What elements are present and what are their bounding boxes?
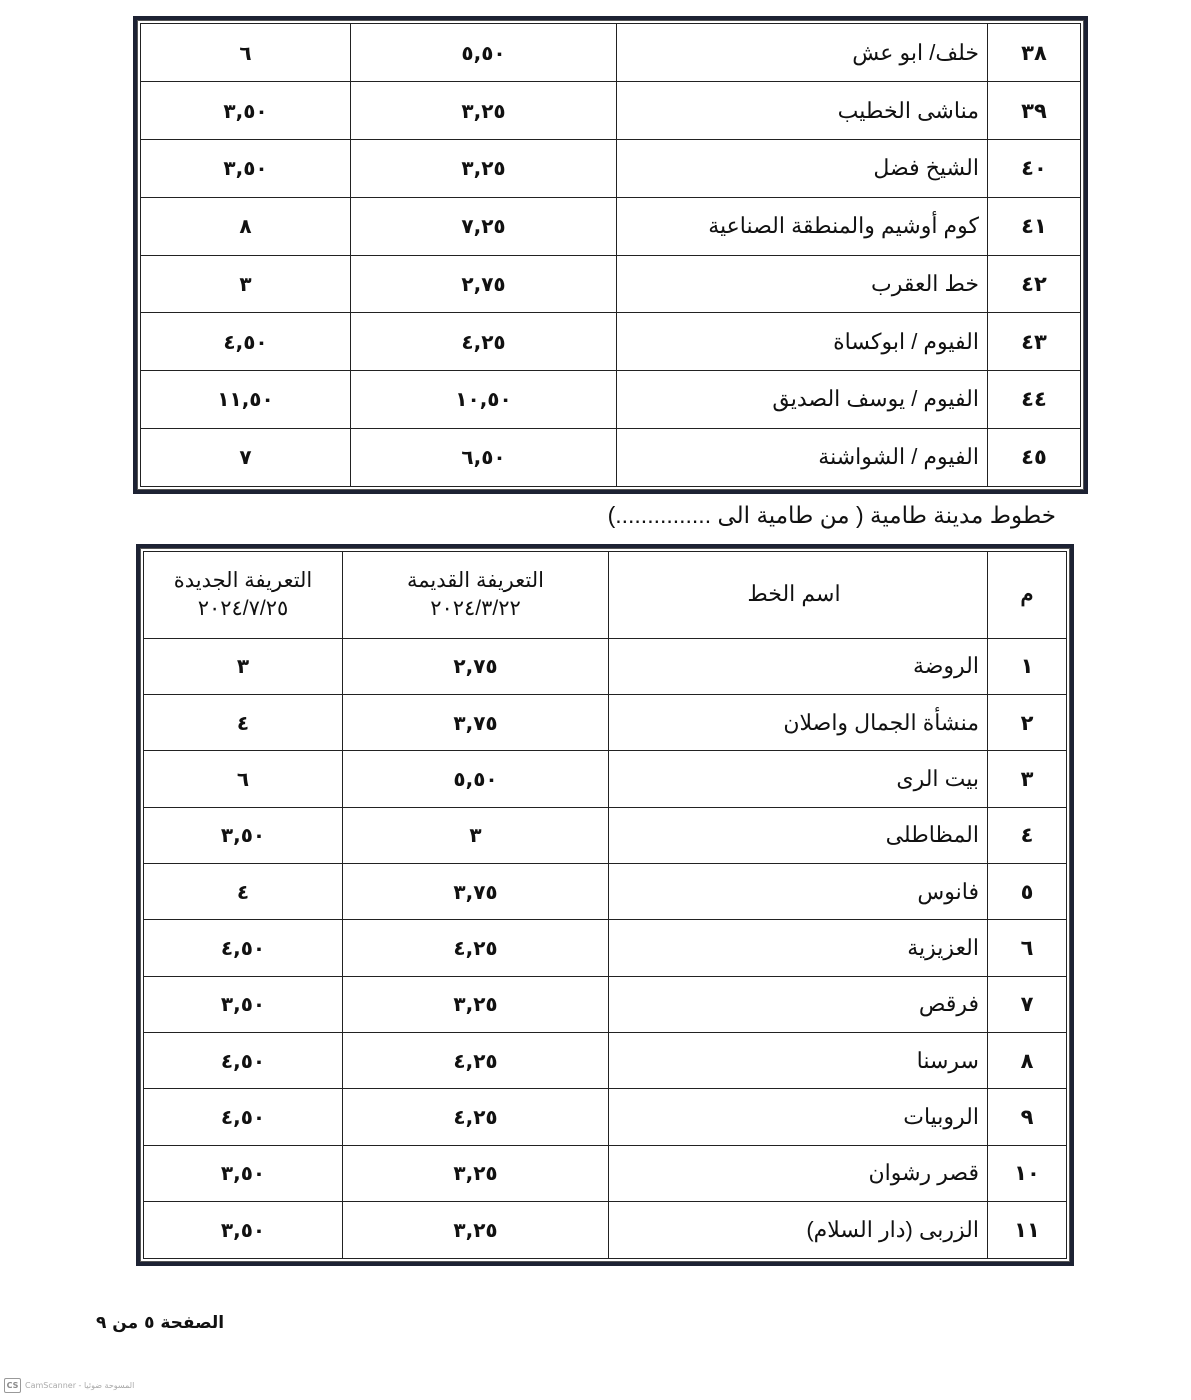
header-old-fare: التعريفة القديمة ٢٠٢٤/٣/٢٢ xyxy=(343,552,609,638)
old-fare: ٧,٢٥ xyxy=(351,197,617,255)
line-name: الشيخ فضل xyxy=(617,140,988,198)
tamia-fares-table: م اسم الخط التعريفة القديمة ٢٠٢٤/٣/٢٢ ال… xyxy=(136,544,1074,1266)
row-number: ٧ xyxy=(988,976,1067,1032)
header-new-fare-date: ٢٠٢٤/٧/٢٥ xyxy=(144,595,342,622)
row-number: ١٠ xyxy=(988,1145,1067,1201)
line-name: الروضة xyxy=(609,638,988,694)
table-row: ٤٢خط العقرب٢,٧٥٣ xyxy=(141,255,1080,313)
old-fare: ٣,٢٥ xyxy=(343,1145,609,1201)
row-number: ٣٨ xyxy=(988,24,1081,82)
line-name: قصر رشوان xyxy=(609,1145,988,1201)
line-name: الروبيات xyxy=(609,1089,988,1145)
old-fare: ٣,٧٥ xyxy=(343,863,609,919)
new-fare: ٤ xyxy=(144,694,343,750)
row-number: ٤٥ xyxy=(988,428,1081,486)
old-fare: ٢,٧٥ xyxy=(351,255,617,313)
old-fare: ٢,٧٥ xyxy=(343,638,609,694)
old-fare: ٤,٢٥ xyxy=(351,313,617,371)
table-row: ٣بيت الرى٥,٥٠٦ xyxy=(144,751,1066,807)
line-name: الفيوم / يوسف الصديق xyxy=(617,371,988,429)
new-fare: ٤,٥٠ xyxy=(144,920,343,976)
line-name: منشأة الجمال واصلان xyxy=(609,694,988,750)
table-row: ٣٨خلف/ ابو عش٥,٥٠٦ xyxy=(141,24,1080,82)
header-name-label: اسم الخط xyxy=(747,581,840,606)
old-fare: ٤,٢٥ xyxy=(343,1089,609,1145)
new-fare: ٣,٥٠ xyxy=(144,807,343,863)
new-fare: ٣,٥٠ xyxy=(141,82,351,140)
line-name: فانوس xyxy=(609,863,988,919)
row-number: ٢ xyxy=(988,694,1067,750)
table-row: ١١الزربى (دار السلام)٣,٢٥٣,٥٠ xyxy=(144,1202,1066,1258)
line-name: مناشى الخطيب xyxy=(617,82,988,140)
row-number: ٤٣ xyxy=(988,313,1081,371)
new-fare: ٦ xyxy=(144,751,343,807)
table-row: ٤٠الشيخ فضل٣,٢٥٣,٥٠ xyxy=(141,140,1080,198)
old-fare: ٣,٢٥ xyxy=(351,140,617,198)
scanner-watermark: CS CamScanner - المسوحة ضوئيا xyxy=(4,1378,134,1393)
old-fare: ٦,٥٠ xyxy=(351,428,617,486)
old-fare: ٥,٥٠ xyxy=(351,24,617,82)
old-fare: ٤,٢٥ xyxy=(343,1033,609,1089)
table-row: ١٠قصر رشوان٣,٢٥٣,٥٠ xyxy=(144,1145,1066,1201)
table-row: ١الروضة٢,٧٥٣ xyxy=(144,638,1066,694)
old-fare: ٣,٧٥ xyxy=(343,694,609,750)
new-fare: ٣,٥٠ xyxy=(144,1145,343,1201)
old-fare: ٤,٢٥ xyxy=(343,920,609,976)
table-row: ٨سرسنا٤,٢٥٤,٥٠ xyxy=(144,1033,1066,1089)
row-number: ٤١ xyxy=(988,197,1081,255)
header-old-fare-label: التعريفة القديمة xyxy=(343,567,608,594)
new-fare: ١١,٥٠ xyxy=(141,371,351,429)
old-fare: ٣,٢٥ xyxy=(343,1202,609,1258)
row-number: ١ xyxy=(988,638,1067,694)
row-number: ٤٤ xyxy=(988,371,1081,429)
row-number: ٦ xyxy=(988,920,1067,976)
new-fare: ٤,٥٠ xyxy=(144,1033,343,1089)
table-row: ٣٩مناشى الخطيب٣,٢٥٣,٥٠ xyxy=(141,82,1080,140)
table-row: ٤المظاطلى٣٣,٥٠ xyxy=(144,807,1066,863)
line-name: كوم أوشيم والمنطقة الصناعية xyxy=(617,197,988,255)
row-number: ٨ xyxy=(988,1033,1067,1089)
row-number: ٤٢ xyxy=(988,255,1081,313)
row-number: ١١ xyxy=(988,1202,1067,1258)
old-fare: ٣ xyxy=(343,807,609,863)
line-name: الفيوم / ابوكساة xyxy=(617,313,988,371)
old-fare: ٣,٢٥ xyxy=(343,976,609,1032)
line-name: بيت الرى xyxy=(609,751,988,807)
table-row: ٤٤الفيوم / يوسف الصديق١٠,٥٠١١,٥٠ xyxy=(141,371,1080,429)
new-fare: ٣,٥٠ xyxy=(144,1202,343,1258)
watermark-text: CamScanner - المسوحة ضوئيا xyxy=(25,1381,134,1390)
table-row: ٤٣الفيوم / ابوكساة٤,٢٥٤,٥٠ xyxy=(141,313,1080,371)
old-fare: ١٠,٥٠ xyxy=(351,371,617,429)
new-fare: ٤ xyxy=(144,863,343,919)
row-number: ٥ xyxy=(988,863,1067,919)
old-fare: ٥,٥٠ xyxy=(343,751,609,807)
line-name: خلف/ ابو عش xyxy=(617,24,988,82)
camscanner-logo-icon: CS xyxy=(4,1378,21,1393)
line-name: الزربى (دار السلام) xyxy=(609,1202,988,1258)
header-num: م xyxy=(988,552,1067,638)
row-number: ٤ xyxy=(988,807,1067,863)
table-row: ٦العزيزية٤,٢٥٤,٥٠ xyxy=(144,920,1066,976)
new-fare: ٣ xyxy=(141,255,351,313)
old-fare: ٣,٢٥ xyxy=(351,82,617,140)
header-name: اسم الخط xyxy=(609,552,988,638)
new-fare: ٤,٥٠ xyxy=(141,313,351,371)
line-name: سرسنا xyxy=(609,1033,988,1089)
line-name: فرقص xyxy=(609,976,988,1032)
header-new-fare: التعريفة الجديدة ٢٠٢٤/٧/٢٥ xyxy=(144,552,343,638)
row-number: ٣٩ xyxy=(988,82,1081,140)
page-number: الصفحة ٥ من ٩ xyxy=(96,1313,224,1333)
fares-table-1: ٣٨خلف/ ابو عش٥,٥٠٦٣٩مناشى الخطيب٣,٢٥٣,٥٠… xyxy=(141,24,1080,486)
new-fare: ٣,٥٠ xyxy=(144,976,343,1032)
line-name: الفيوم / الشواشنة xyxy=(617,428,988,486)
new-fare: ٣,٥٠ xyxy=(141,140,351,198)
table-row: ٤٥الفيوم / الشواشنة٦,٥٠٧ xyxy=(141,428,1080,486)
new-fare: ٣ xyxy=(144,638,343,694)
table-row: ٧فرقص٣,٢٥٣,٥٠ xyxy=(144,976,1066,1032)
new-fare: ٦ xyxy=(141,24,351,82)
table-row: ٩الروبيات٤,٢٥٤,٥٠ xyxy=(144,1089,1066,1145)
fares-table-continued: ٣٨خلف/ ابو عش٥,٥٠٦٣٩مناشى الخطيب٣,٢٥٣,٥٠… xyxy=(133,16,1088,494)
new-fare: ٨ xyxy=(141,197,351,255)
new-fare: ٧ xyxy=(141,428,351,486)
row-number: ٣ xyxy=(988,751,1067,807)
table-header-row: م اسم الخط التعريفة القديمة ٢٠٢٤/٣/٢٢ ال… xyxy=(144,552,1066,638)
header-new-fare-label: التعريفة الجديدة xyxy=(144,567,342,594)
row-number: ٤٠ xyxy=(988,140,1081,198)
fares-table-2: م اسم الخط التعريفة القديمة ٢٠٢٤/٣/٢٢ ال… xyxy=(144,552,1066,1258)
table-row: ٤١كوم أوشيم والمنطقة الصناعية٧,٢٥٨ xyxy=(141,197,1080,255)
line-name: خط العقرب xyxy=(617,255,988,313)
header-old-fare-date: ٢٠٢٤/٣/٢٢ xyxy=(343,595,608,622)
table-row: ٥فانوس٣,٧٥٤ xyxy=(144,863,1066,919)
line-name: المظاطلى xyxy=(609,807,988,863)
line-name: العزيزية xyxy=(609,920,988,976)
new-fare: ٤,٥٠ xyxy=(144,1089,343,1145)
table-row: ٢منشأة الجمال واصلان٣,٧٥٤ xyxy=(144,694,1066,750)
row-number: ٩ xyxy=(988,1089,1067,1145)
section-title: خطوط مدينة طامية ( من طامية الى ........… xyxy=(608,502,1056,529)
